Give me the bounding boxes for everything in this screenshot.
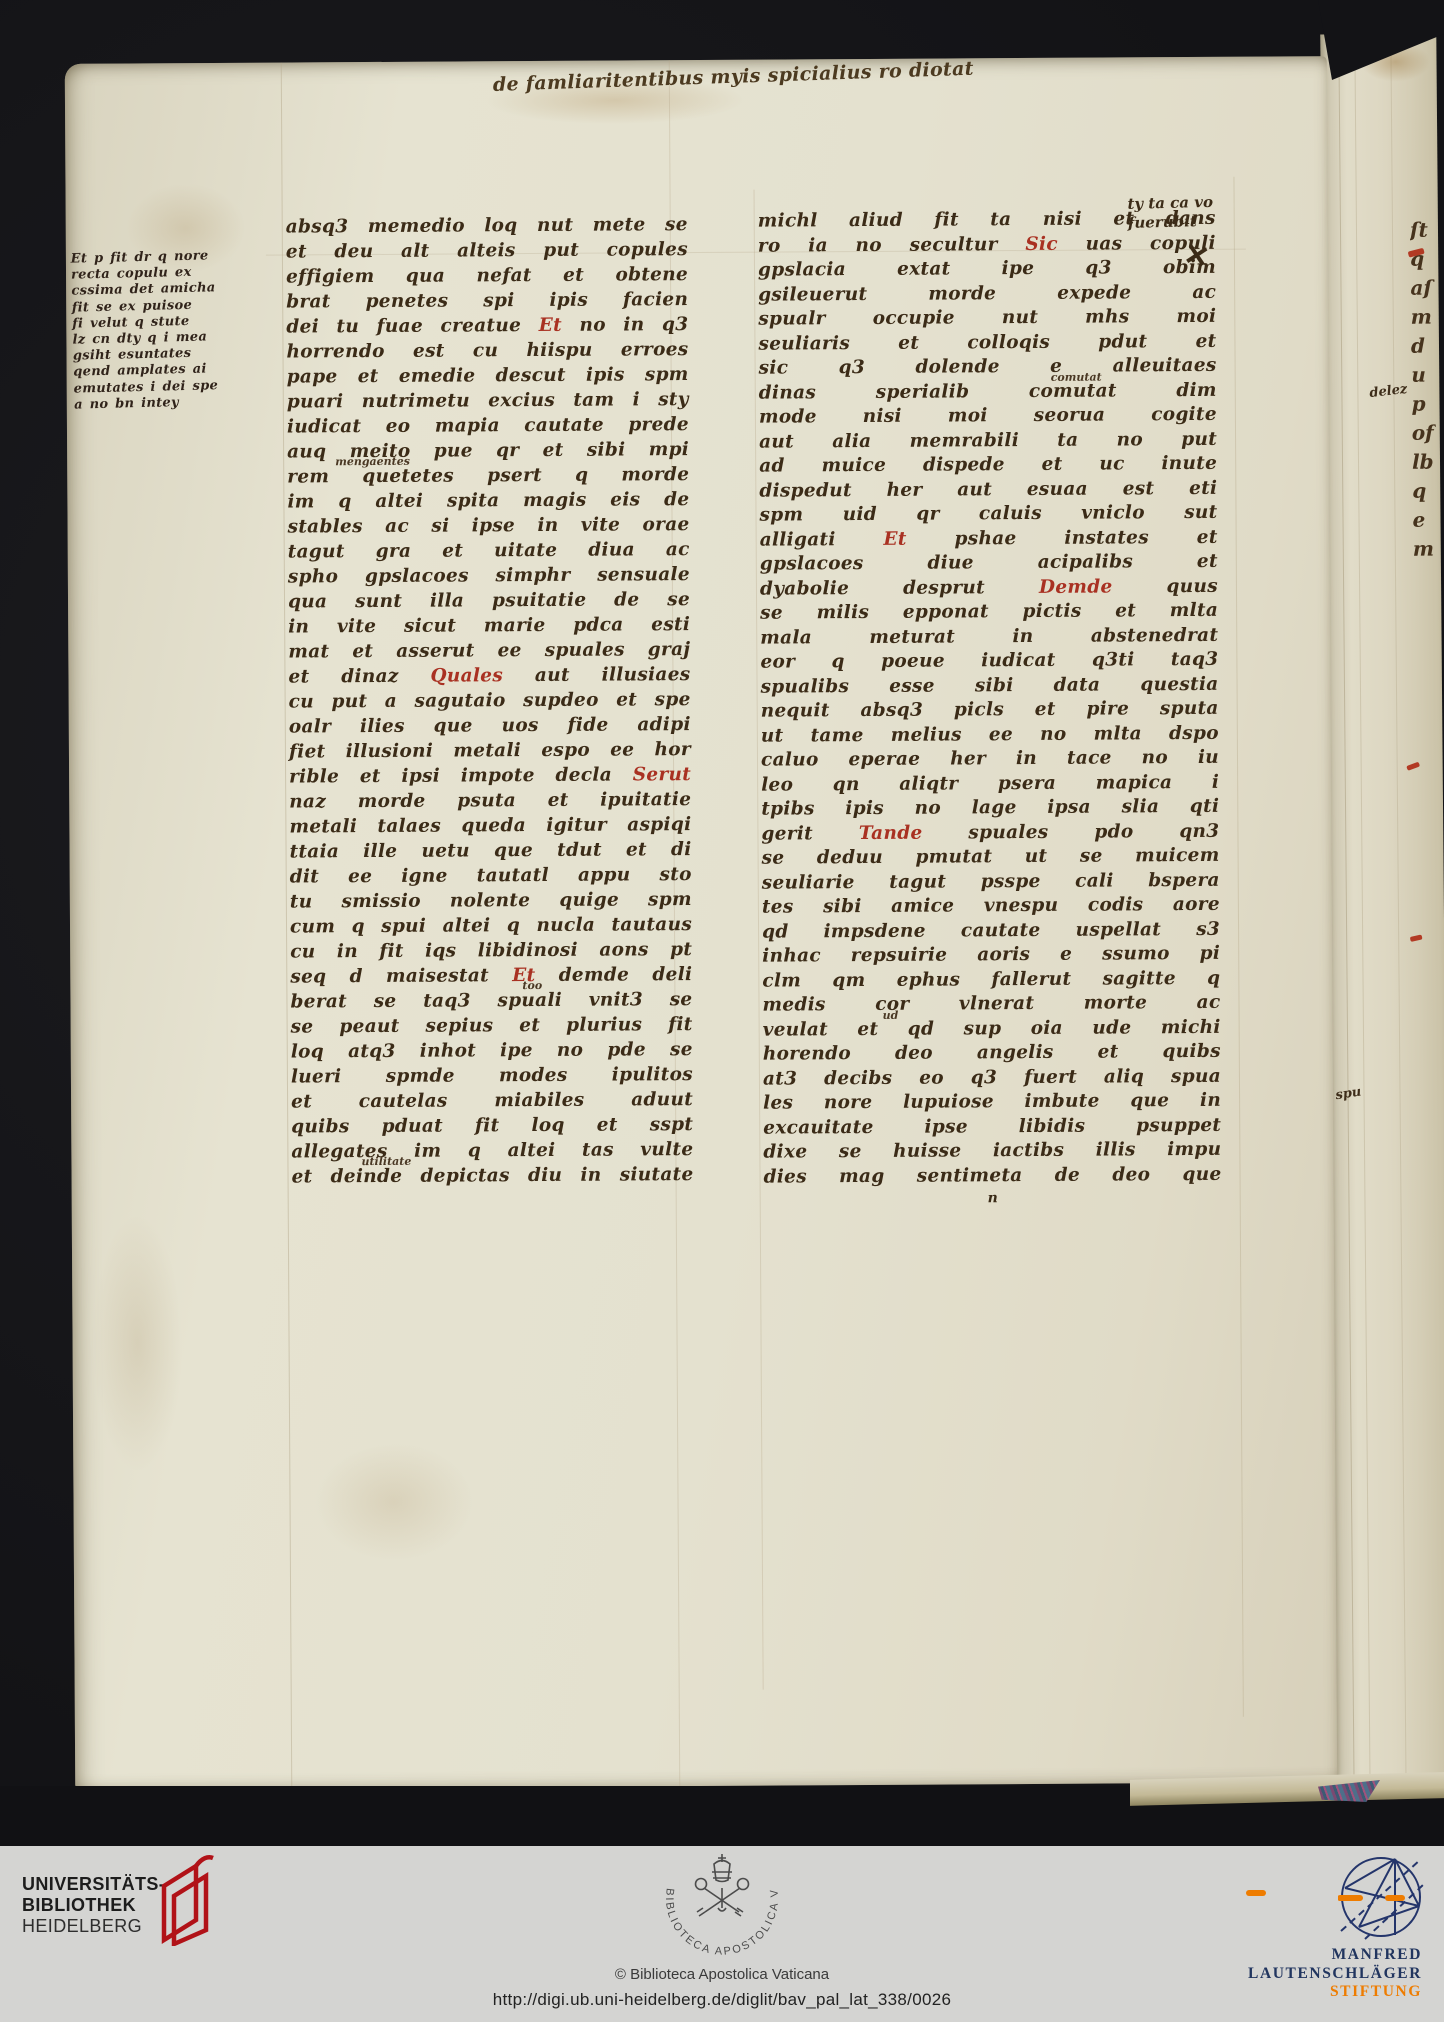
manuscript-line: veulat et qd sup oia ude michi <box>763 1015 1221 1042</box>
page-edge-line <box>1354 34 1370 1804</box>
interlinear-note: utilitate <box>361 1156 411 1167</box>
manuscript-line: se milis epponat pictis et mlta <box>760 599 1218 626</box>
left-marginalia: Et p fit dr q norerecta copulu excssima … <box>70 247 282 414</box>
ml-wordmark-line: MANFRED <box>1248 1946 1422 1965</box>
manuscript-line: ad muice dispede et uc inute <box>759 452 1217 479</box>
photo-backdrop: delez spu ſtqaſmdupoflbqem de famliarite… <box>0 0 1444 1846</box>
manuscript-line: in vite sicut marie pdca esti <box>288 612 690 639</box>
book-fore-edge: delez spu ſtqaſmdupoflbqem <box>1320 34 1444 1805</box>
rubricated-word: Et <box>883 528 906 549</box>
running-title: de famliaritentibus myis spicialius ro d… <box>493 58 973 96</box>
parchment-stain <box>313 1441 474 1562</box>
interlinear-note: mengaentes <box>335 456 410 467</box>
manuscript-line: metali talaes queda igitur aspiqi <box>289 812 691 839</box>
manuscript-line: spualibs esse sibi data questia <box>760 672 1218 699</box>
manuscript-line: cum q spui altei q nucla tautaus <box>290 912 692 939</box>
manuscript-line: tagut gra et uitate diua ac <box>288 537 690 564</box>
manuscript-line: les nore lupuiose imbute que in <box>763 1089 1221 1116</box>
manuscript-line: dies mag sentimeta de deo que <box>763 1162 1221 1189</box>
manuscript-line: leo qn aliqtr psera mapica i <box>761 770 1219 797</box>
manuscript-line: rible et ipsi impote decla Serut <box>289 762 691 789</box>
manuscript-line: qua sunt illa psuitatie de se <box>288 587 690 614</box>
manuscript-line: ttaia ille uetu que tdut et di <box>289 837 691 864</box>
manuscript-line: absq3 memedio loq nut mete se <box>286 212 688 239</box>
manuscript-line: oalr ilies que uos fide adipi <box>289 712 691 739</box>
ub-heidelberg-wordmark: UNIVERSITÄTS- BIBLIOTHEK HEIDELBERG <box>22 1874 165 1937</box>
manuscript-line: gpslacoes diue acipalibs et <box>760 550 1218 577</box>
manuscript-line: aut alia memrabili ta no put <box>759 427 1217 454</box>
cutoff-glyph-fragments: ſtqaſmdupoflbqem <box>1410 216 1444 1436</box>
manuscript-line: seuliaris et colloqis pdut et <box>758 329 1216 356</box>
rubricated-word: Quales <box>430 665 503 686</box>
manuscript-line: qd impsdene cautate uspellat s3 <box>762 917 1220 944</box>
manuscript-line: cu in fit iqs libidinosi aons pt <box>290 937 692 964</box>
vatican-library-seal-icon: BIBLIOTECA APOSTOLICA VATICANA <box>645 1850 799 1963</box>
ml-stiftung-compass-icon <box>1338 1854 1424 1945</box>
source-url: http://digi.ub.uni-heidelberg.de/diglit/… <box>0 1990 1444 2010</box>
manuscript-line: caluo eperae her in tace no iu <box>761 746 1219 773</box>
manuscript-line: et deu alt alteis put copules <box>286 237 688 264</box>
page-edge-line <box>1338 34 1354 1804</box>
manuscript-line: quibs pduat fit loq et sspt <box>291 1112 693 1139</box>
manuscript-line: gerit Tande spuales pdo qn3 <box>761 819 1219 846</box>
manuscript-line: horrendo est cu hiispu erroes <box>286 337 688 364</box>
manuscript-line: eor q poeue iudicat q3ti taq3 <box>760 648 1218 675</box>
manuscript-line: at3 decibs eo q3 fuert aliq spua <box>763 1064 1221 1091</box>
manuscript-line: spho gpslacoes simphr sensuale <box>288 562 690 589</box>
manuscript-line: michl aliud fit ta nisi et dans <box>758 207 1216 234</box>
parchment-stain <box>92 1213 184 1474</box>
copyright-line: © Biblioteca Apostolica Vaticana <box>0 1966 1444 1983</box>
ub-wordmark-line: UNIVERSITÄTS- <box>22 1874 165 1895</box>
rubricated-word: Tande <box>859 822 923 843</box>
manuscript-line: horendo deo angelis et quibs <box>763 1040 1221 1067</box>
ml-stiftung-wordmark: MANFRED LAUTENSCHLÄGER STIFTUNG <box>1248 1946 1422 2002</box>
manuscript-line: naz morde psuta et ipuitatie <box>289 787 691 814</box>
manuscript-line: mala meturat in abstenedrat <box>760 623 1218 650</box>
manuscript-line: dyabolie desprut Demde quus <box>760 574 1218 601</box>
page-edge-line <box>1390 34 1406 1804</box>
manuscript-line: tu smissio nolente quige spm <box>290 887 692 914</box>
manuscript-line: brat penetes spi ipis facien <box>286 287 688 314</box>
manuscript-line: tpibs ipis no lage ipsa slia qti <box>761 795 1219 822</box>
manuscript-line: effigiem qua nefat et obtene <box>286 262 688 289</box>
manuscript-line: se deduu pmutat ut se muicem <box>762 844 1220 871</box>
manuscript-line: seq d maisestat Et demde deli <box>290 962 692 989</box>
manuscript-line: pape et emedie descut ipis spm <box>287 362 689 389</box>
manuscript-line: ro ia no secultur Sic uas copuli <box>758 231 1216 258</box>
manuscript-line: inhac repsuirie aoris e ssumo pi <box>762 942 1220 969</box>
column-left: absq3 memedio loq nut mete seet deu alt … <box>286 212 694 1189</box>
interlinear-note: too <box>522 980 542 991</box>
ml-wordmark-line: LAUTENSCHLÄGER <box>1248 1965 1422 1984</box>
manuscript-line: im q altei spita magis eis de <box>287 487 689 514</box>
manuscript-line: gsileuerut morde expede ac <box>758 280 1216 307</box>
branding-footer: UNIVERSITÄTS- BIBLIOTHEK HEIDELBERG BIBL… <box>0 1846 1444 2022</box>
manuscript-line: seuliarie tagut psspe cali bspera <box>762 868 1220 895</box>
ml-orange-dash <box>1246 1890 1266 1896</box>
manuscript-line: ut tame melius ee no mlta dspo <box>761 721 1219 748</box>
rubricated-word: Sic <box>1025 233 1058 254</box>
scan-viewer: delez spu ſtqaſmdupoflbqem de famliarite… <box>0 0 1444 2022</box>
manuscript-line: gpslacia extat ipe q3 obim <box>758 256 1216 283</box>
manuscript-line: medis cor vlnerat morte ac <box>762 991 1220 1018</box>
column-catchword: n <box>764 1189 1222 1208</box>
manuscript-line: nequit absq3 picls et pire sputa <box>761 697 1219 724</box>
manuscript-line: et deinde depictas diu in siutate <box>291 1162 693 1189</box>
manuscript-line: dei tu fuae creatue Et no in q3 <box>286 312 688 339</box>
ub-wordmark-line: HEIDELBERG <box>22 1916 165 1937</box>
manuscript-line: berat se taq3 spuali vnit3 se <box>290 987 692 1014</box>
manuscript-line: mode nisi moi seorua cogite <box>759 403 1217 430</box>
manuscript-line: puari nutrimetu excius tam i sty <box>287 387 689 414</box>
manuscript-line: stables ac si ipse in vite orae <box>287 512 689 539</box>
manuscript-line: iudicat eo mapia cautate prede <box>287 412 689 439</box>
manuscript-line: et cautelas miabiles aduut <box>291 1087 693 1114</box>
manuscript-line: se peaut sepius et plurius fit <box>291 1012 693 1039</box>
manuscript-line: dinas sperialib comutat dim <box>759 378 1217 405</box>
manuscript-line: mat et asserut ee spuales graj <box>288 637 690 664</box>
manuscript-line: dispedut her aut esuaa est eti <box>759 476 1217 503</box>
manuscript-page: de famliaritentibus myis spicialius ro d… <box>65 56 1338 1790</box>
manuscript-line: alligati Et pshae instates et <box>760 525 1218 552</box>
ub-heidelberg-book-icon <box>150 1852 214 1951</box>
ub-wordmark-line: BIBLIOTHEK <box>22 1895 165 1916</box>
manuscript-line: et dinaz Quales aut illusiaes <box>288 662 690 689</box>
rubricated-word: Demde <box>1039 576 1113 597</box>
manuscript-line: lueri spmde modes ipulitos <box>291 1062 693 1089</box>
interlinear-note: comutat <box>1051 371 1102 382</box>
manuscript-line: cu put a sagutaio supdeo et spe <box>289 687 691 714</box>
manuscript-line: spualr occupie nut mhs moi <box>758 305 1216 332</box>
ruling-line <box>1233 177 1243 1717</box>
manuscript-line: sic q3 dolende e alleuitaes <box>759 354 1217 381</box>
svg-text:BIBLIOTECA APOSTOLICA VATICANA: BIBLIOTECA APOSTOLICA VATICANA <box>645 1850 781 1958</box>
manuscript-line: tes sibi amice vnespu codis aore <box>762 893 1220 920</box>
manuscript-line: dit ee igne tautatl appu sto <box>290 862 692 889</box>
rubricated-word: Et <box>539 315 562 336</box>
edge-marginal-note: spu <box>1335 1085 1363 1104</box>
column-right: michl aliud fit ta nisi et dansro ia no … <box>758 207 1222 1190</box>
manuscript-line: fiet illusioni metali espo ee hor <box>289 737 691 764</box>
manuscript-line: allegates im q altei tas vulte <box>291 1137 693 1164</box>
interlinear-note: ud <box>883 1009 899 1020</box>
edge-correction-note: delez <box>1369 382 1408 401</box>
manuscript-line: clm qm ephus fallerut sagitte q <box>762 966 1220 993</box>
rubricated-word: Serut <box>633 764 692 785</box>
manuscript-line: dixe se huisse iactibs illis impu <box>763 1138 1221 1165</box>
manuscript-line: loq atq3 inhot ipe no pde se <box>291 1037 693 1064</box>
ml-wordmark-line: STIFTUNG <box>1248 1983 1422 2002</box>
manuscript-line: excauitate ipse libidis psuppet <box>763 1113 1221 1140</box>
manuscript-line: spm uid qr caluis vniclo sut <box>759 501 1217 528</box>
